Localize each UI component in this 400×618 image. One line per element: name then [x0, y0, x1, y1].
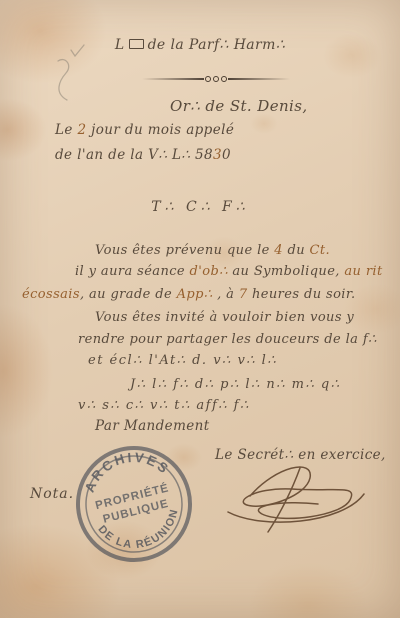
- header-lodge-line: Lde la Parf∴ Harm∴: [0, 37, 400, 53]
- printed-text: du: [283, 243, 310, 258]
- divider-line-right: [228, 78, 290, 80]
- archives-stamp: ARCHIVES DE LA RÉUNION PROPRIÉTÉ PUBLIQU…: [59, 429, 209, 579]
- date-line-2: de l'an de la V∴ L∴ 5830: [55, 147, 231, 163]
- lodge-symbol-icon: [129, 39, 144, 49]
- handwritten-grade: App∴: [177, 287, 213, 302]
- handwritten-day: 4: [274, 243, 283, 258]
- secretary-signature: [220, 456, 376, 534]
- date-printed: Le: [55, 122, 77, 138]
- body-line-5: rendre pour partager les douceurs de la …: [78, 332, 377, 347]
- printed-text: heures du soir.: [248, 287, 356, 302]
- printed-text: , au grade de: [80, 287, 177, 302]
- date-year-handwritten: 3: [213, 147, 222, 163]
- place-line: Or∴ de St. Denis,: [170, 97, 308, 115]
- date-line-1: Le 2 jour du mois appelé: [55, 122, 234, 138]
- body-line-4: Vous êtes invité à vouloir bien vous y: [95, 310, 354, 325]
- divider-line-left: [142, 78, 204, 80]
- handwritten-month-abbrev: Ct.: [310, 243, 331, 258]
- salutation: T∴ C∴ F∴: [0, 199, 400, 215]
- scanned-letter-page: Lde la Parf∴ Harm∴ Or∴ de St. Denis, Le …: [0, 0, 400, 618]
- body-line-6: et écl∴ l'At∴ d. v∴ v∴ l∴: [88, 353, 277, 368]
- handwritten-rite-1: au rit: [344, 264, 382, 279]
- date-printed: jour du mois appelé: [86, 122, 234, 138]
- date-printed: 0: [222, 147, 231, 163]
- mandement-line: Par Mandement: [95, 418, 210, 434]
- date-printed: de l'an de la V∴ L∴ 58: [55, 147, 213, 163]
- handwritten-hour: 7: [239, 287, 248, 302]
- stamp-rings: [66, 436, 202, 572]
- divider-circle: [221, 76, 227, 82]
- printed-text: , à: [213, 287, 239, 302]
- body-line-8: v∴ s∴ c∴ v∴ t∴ aff∴ f∴: [78, 398, 250, 413]
- lodge-name: de la Parf∴ Harm∴: [148, 37, 286, 53]
- printed-text: il y aura séance: [75, 264, 190, 279]
- lodge-prefix: L: [115, 37, 125, 53]
- body-line-2: il y aura séance d'ob∴ au Symbolique, au…: [75, 264, 383, 279]
- handwritten-rite-2: écossais: [22, 287, 80, 302]
- body-line-7: J∴ l∴ f∴ d∴ p∴ l∴ n∴ m∴ q∴: [130, 377, 341, 392]
- body-line-3: écossais, au grade de App∴ , à 7 heures …: [22, 287, 356, 302]
- divider-ornament: [142, 75, 290, 83]
- printed-text: au Symbolique,: [228, 264, 344, 279]
- printed-text: Vous êtes prévenu que le: [95, 243, 274, 258]
- divider-circle: [205, 76, 211, 82]
- handwritten-seance-type: d'ob∴: [190, 264, 228, 279]
- divider-circle: [213, 76, 219, 82]
- body-line-1: Vous êtes prévenu que le 4 du Ct.: [95, 243, 330, 258]
